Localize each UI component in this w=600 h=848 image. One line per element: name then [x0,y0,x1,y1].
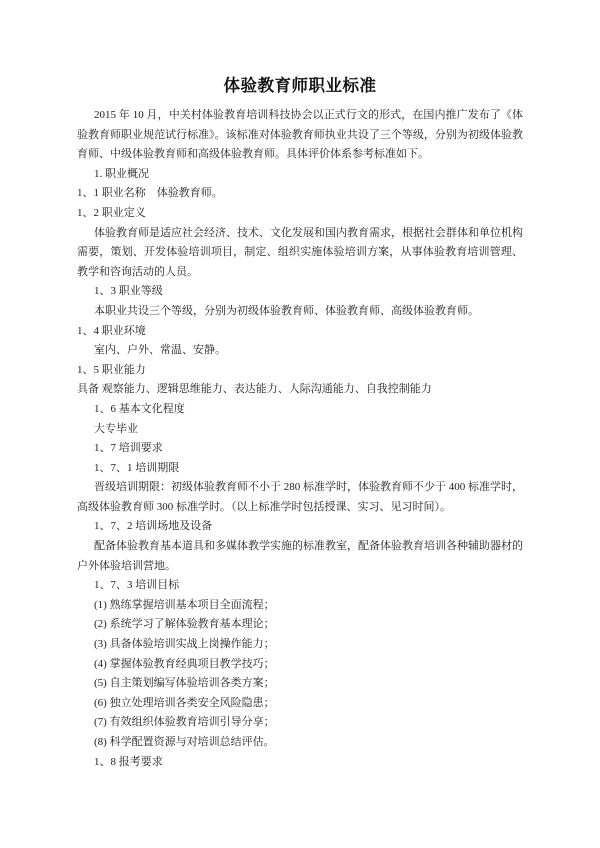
section-heading: 1. 职业概况 [77,165,523,185]
sub-heading: 1、2 职业定义 [77,204,523,224]
paragraph: 配备体验教育基本道具和多媒体教学实施的标准教室，配备体验教育培训各种辅助器材的户… [77,537,523,576]
paragraph: 2015 年 10 月，中关村体验教育培训科技协会以正式行文的形式，在国内推广发… [77,106,523,165]
sub-heading: 1、7、1 培训期限 [77,459,523,479]
list-item: (6) 独立处理培训各类安全风险隐患； [77,694,523,714]
sub-heading: 1、8 报考要求 [77,753,523,773]
paragraph: 大专毕业 [77,420,523,440]
paragraph: 本职业共设三个等级，分别为初级体验教育师、体验教育师、高级体验教育师。 [77,302,523,322]
sub-heading: 1、7、3 培训目标 [77,576,523,596]
list-item: (2) 系统学习了解体验教育基本理论； [77,615,523,635]
paragraph: 室内、户外、常温、安静。 [77,341,523,361]
sub-heading: 1、3 职业等级 [77,282,523,302]
paragraph: 具备 观察能力、逻辑思维能力、表达能力、人际沟通能力、自我控制能力 [77,380,523,400]
list-item: (4) 掌握体验教育经典项目教学技巧； [77,655,523,675]
list-item: (7) 有效组织体验教育培训引导分享； [77,713,523,733]
document-title: 体验教育师职业标准 [77,78,523,95]
list-item: (1) 熟练掌握培训基本项目全面流程； [77,596,523,616]
document-body: 2015 年 10 月，中关村体验教育培训科技协会以正式行文的形式，在国内推广发… [77,106,523,772]
paragraph: 体验教育师是适应社会经济、技术、文化发展和国内教育需求，根据社会群体和单位机构需… [77,224,523,283]
sub-heading: 1、5 职业能力 [77,361,523,381]
list-item: (8) 科学配置资源与对培训总结评估。 [77,733,523,753]
document-content: 体验教育师职业标准 2015 年 10 月，中关村体验教育培训科技协会以正式行文… [77,0,523,772]
list-item: (5) 自主策划编写体验培训各类方案； [77,674,523,694]
sub-heading: 1、7、2 培训场地及设备 [77,517,523,537]
sub-heading: 1、6 基本文化程度 [77,400,523,420]
list-item: (3) 具备体验培训实战上岗操作能力； [77,635,523,655]
sub-heading: 1、4 职业环境 [77,322,523,342]
paragraph: 晋级培训期限：初级体验教育师不小于 280 标准学时，体验教育师不少于 400 … [77,478,523,517]
sub-heading: 1、1 职业名称 体验教育师。 [77,184,523,204]
document-page: 体验教育师职业标准 2015 年 10 月，中关村体验教育培训科技协会以正式行文… [0,0,600,848]
sub-heading: 1、7 培训要求 [77,439,523,459]
